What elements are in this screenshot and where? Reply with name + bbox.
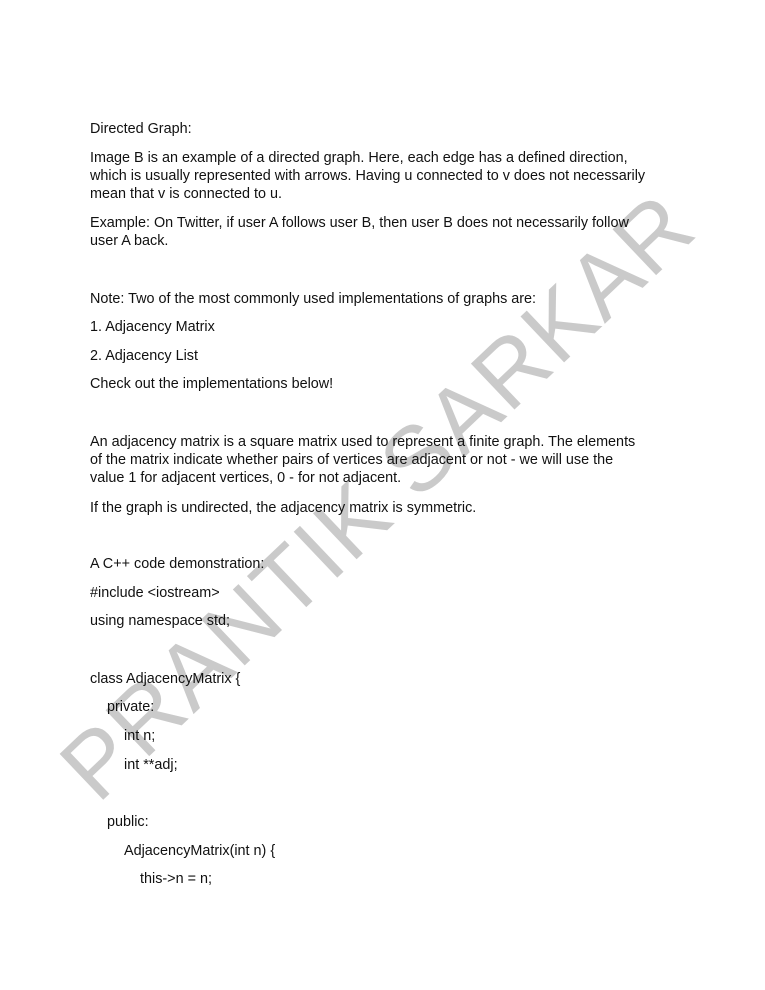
code-assign: this->n = n; bbox=[140, 870, 212, 888]
intro-paragraph: Image B is an example of a directed grap… bbox=[90, 149, 680, 203]
code-private-label: private: bbox=[107, 698, 154, 716]
watermark: PRANTIK SARKAR bbox=[41, 173, 716, 821]
code-include: #include <iostream> bbox=[90, 584, 220, 602]
code-public-label: public: bbox=[107, 813, 149, 831]
intro-line: mean that v is connected to u. bbox=[90, 185, 680, 203]
matrix-line: of the matrix indicate whether pairs of … bbox=[90, 451, 680, 469]
document-page: PRANTIK SARKAR Directed Graph: Image B i… bbox=[0, 0, 765, 990]
list-item-adjacency-matrix: 1. Adjacency Matrix bbox=[90, 318, 215, 336]
code-member-adj: int **adj; bbox=[124, 756, 178, 774]
code-member-n: int n; bbox=[124, 727, 155, 745]
section-heading: Directed Graph: bbox=[90, 120, 192, 138]
intro-line: which is usually represented with arrows… bbox=[90, 167, 680, 185]
matrix-definition-paragraph: An adjacency matrix is a square matrix u… bbox=[90, 433, 680, 487]
symmetric-note: If the graph is undirected, the adjacenc… bbox=[90, 499, 476, 517]
check-out-text: Check out the implementations below! bbox=[90, 375, 333, 393]
intro-line: Image B is an example of a directed grap… bbox=[90, 149, 680, 167]
code-class-decl: class AdjacencyMatrix { bbox=[90, 670, 240, 688]
matrix-line: value 1 for adjacent vertices, 0 - for n… bbox=[90, 469, 680, 487]
example-line: user A back. bbox=[90, 232, 680, 250]
matrix-line: An adjacency matrix is a square matrix u… bbox=[90, 433, 680, 451]
example-paragraph: Example: On Twitter, if user A follows u… bbox=[90, 214, 680, 250]
code-using: using namespace std; bbox=[90, 612, 230, 630]
note-text: Note: Two of the most commonly used impl… bbox=[90, 290, 536, 308]
example-line: Example: On Twitter, if user A follows u… bbox=[90, 214, 680, 232]
code-constructor: AdjacencyMatrix(int n) { bbox=[124, 842, 275, 860]
list-item-adjacency-list: 2. Adjacency List bbox=[90, 347, 198, 365]
code-intro: A C++ code demonstration: bbox=[90, 555, 264, 573]
